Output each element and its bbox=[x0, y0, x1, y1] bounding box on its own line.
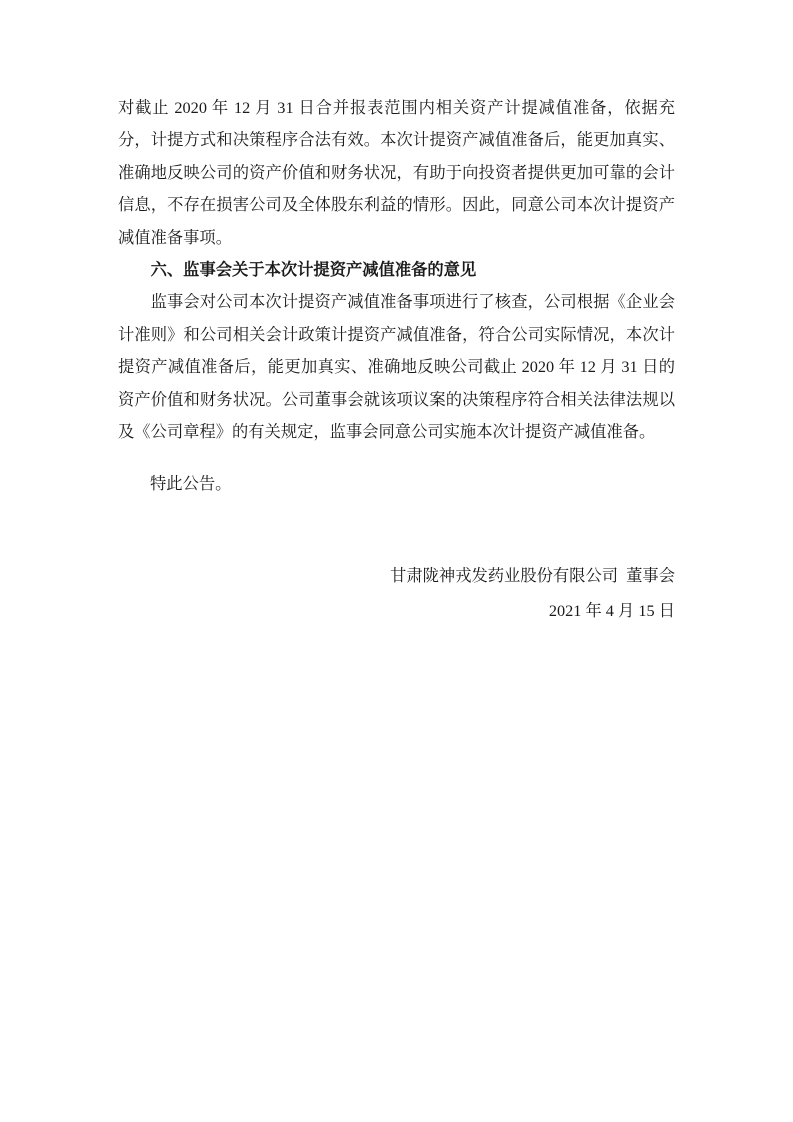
closing-statement: 特此公告。 bbox=[150, 468, 231, 500]
paragraph-board-opinion-continuation: 对截止 2020 年 12 月 31 日合并报表范围内相关资产计提减值准备，依据… bbox=[118, 92, 675, 254]
signature-date-line: 2021 年 4 月 15 日 bbox=[118, 595, 678, 627]
signature-company-line: 甘肃陇神戎发药业股份有限公司 董事会 bbox=[118, 560, 675, 592]
document-body: 对截止 2020 年 12 月 31 日合并报表范围内相关资产计提减值准备，依据… bbox=[118, 92, 675, 448]
section-heading-supervisory-board-opinion: 六、监事会关于本次计提资产减值准备的意见 bbox=[118, 254, 675, 286]
document-page: 对截止 2020 年 12 月 31 日合并报表范围内相关资产计提减值准备，依据… bbox=[0, 0, 793, 1122]
paragraph-supervisory-board-opinion: 监事会对公司本次计提资产减值准备事项进行了核查，公司根据《企业会计准则》和公司相… bbox=[118, 286, 675, 448]
